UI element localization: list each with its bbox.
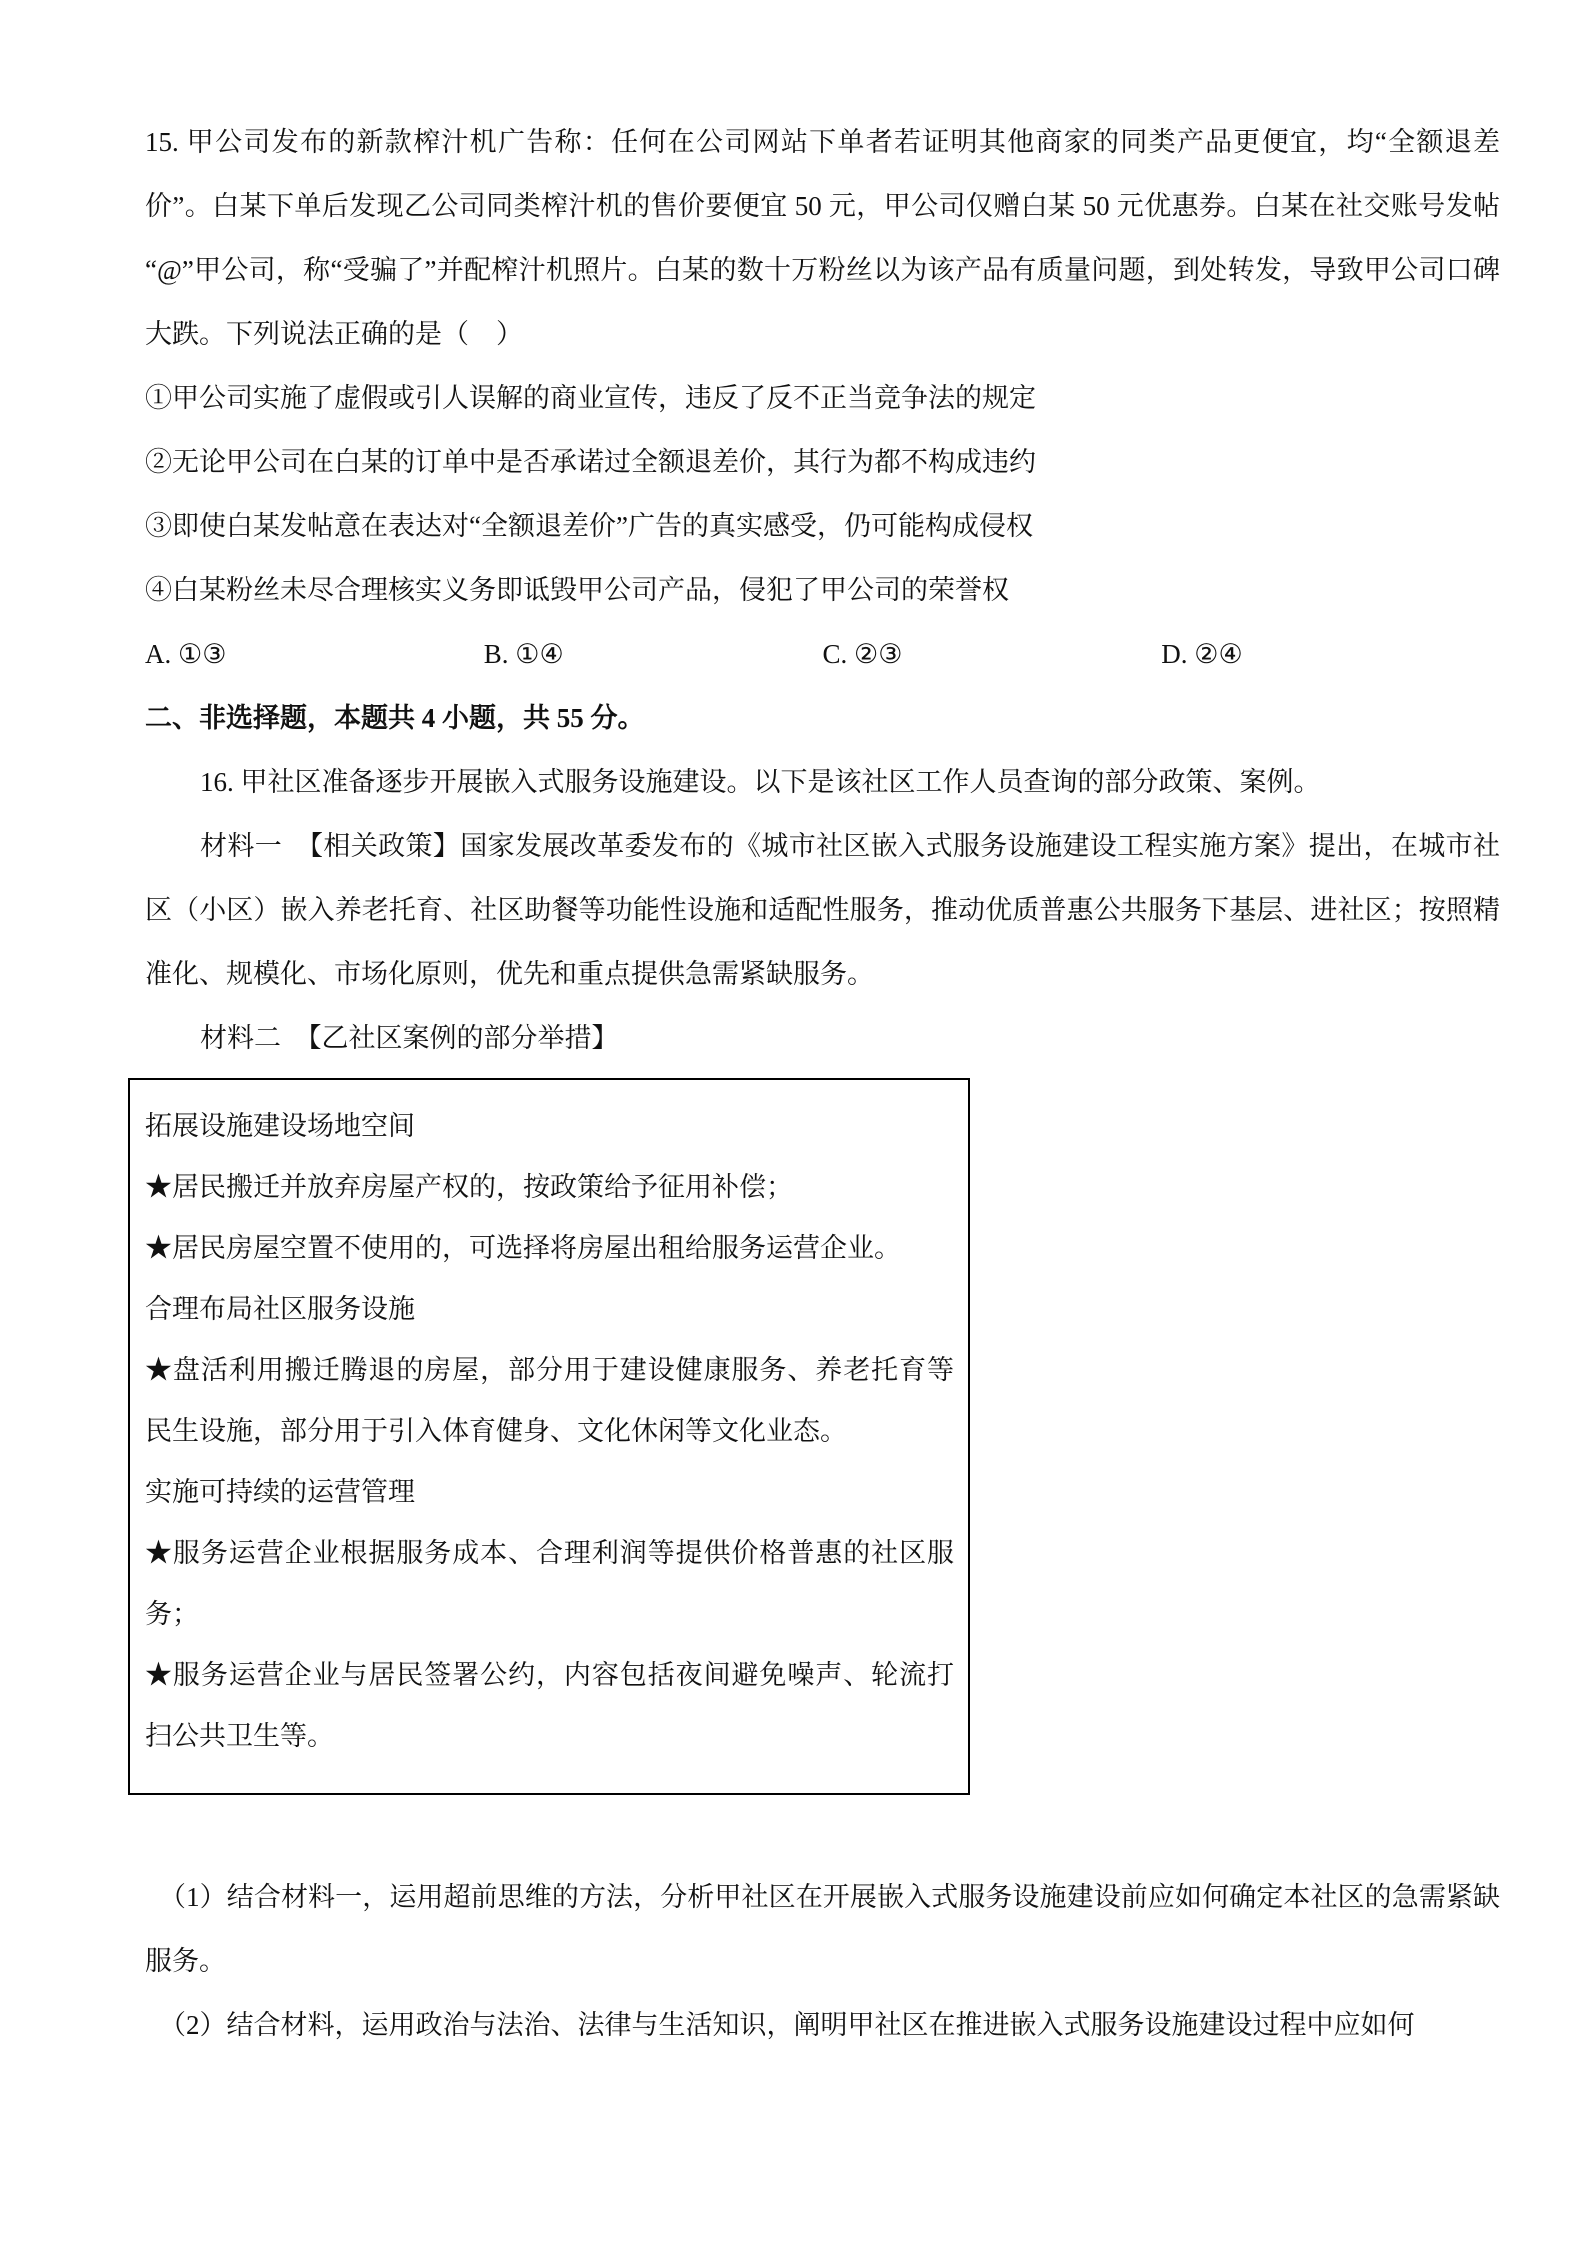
statement-item-2: ②无论甲公司在白某的订单中是否承诺过全额退差价，其行为都不构成违约 <box>145 430 1500 494</box>
section-2-heading: 二、非选择题，本题共 4 小题，共 55 分。 <box>145 686 1500 750</box>
question-16-intro: 16. 甲社区准备逐步开展嵌入式服务设施建设。以下是该社区工作人员查询的部分政策… <box>145 750 1500 814</box>
material-one-paragraph: 材料一 【相关政策】国家发展改革委发布的《城市社区嵌入式服务设施建设工程实施方案… <box>145 814 1500 1006</box>
case-box-heading-service-layout: 合理布局社区服务设施 <box>145 1279 954 1340</box>
question-16: 16. 甲社区准备逐步开展嵌入式服务设施建设。以下是该社区工作人员查询的部分政策… <box>145 750 1500 2057</box>
question-15-stem: 15. 甲公司发布的新款榨汁机广告称：任何在公司网站下单者若证明其他商家的同类产… <box>145 110 1500 366</box>
material-two-label: 材料二 【乙社区案例的部分举措】 <box>145 1006 1500 1070</box>
statement-item-4: ④白某粉丝未尽合理核实义务即诋毁甲公司产品，侵犯了甲公司的荣誉权 <box>145 558 1500 622</box>
option-b: B. ①④ <box>484 622 823 686</box>
option-d: D. ②④ <box>1161 622 1500 686</box>
option-a: A. ①③ <box>145 622 484 686</box>
case-box-bullet-reuse-houses: ★盘活利用搬迁腾退的房屋，部分用于建设健康服务、养老托育等民生设施，部分用于引入… <box>145 1340 954 1462</box>
case-box-heading-sustainable-operation: 实施可持续的运营管理 <box>145 1462 954 1523</box>
sub-question-2: （2）结合材料，运用政治与法治、法律与生活知识，阐明甲社区在推进嵌入式服务设施建… <box>145 1993 1500 2057</box>
case-box-bullet-pricing: ★服务运营企业根据服务成本、合理利润等提供价格普惠的社区服务； <box>145 1523 954 1645</box>
question-16-sub-questions: （1）结合材料一，运用超前思维的方法，分析甲社区在开展嵌入式服务设施建设前应如何… <box>145 1865 1500 2057</box>
case-box-bullet-resident-pact: ★服务运营企业与居民签署公约，内容包括夜间避免噪声、轮流打扫公共卫生等。 <box>145 1645 954 1767</box>
option-c: C. ②③ <box>823 622 1162 686</box>
statement-item-1: ①甲公司实施了虚假或引人误解的商业宣传，违反了反不正当竞争法的规定 <box>145 366 1500 430</box>
case-box-heading-site-space: 拓展设施建设场地空间 <box>145 1096 954 1157</box>
exam-page: 15. 甲公司发布的新款榨汁机广告称：任何在公司网站下单者若证明其他商家的同类产… <box>0 0 1586 2244</box>
question-15: 15. 甲公司发布的新款榨汁机广告称：任何在公司网站下单者若证明其他商家的同类产… <box>145 110 1500 686</box>
sub-question-1: （1）结合材料一，运用超前思维的方法，分析甲社区在开展嵌入式服务设施建设前应如何… <box>145 1865 1500 1993</box>
case-box-bullet-relocation-compensation: ★居民搬迁并放弃房屋产权的，按政策给予征用补偿； <box>145 1157 954 1218</box>
case-measures-box: 拓展设施建设场地空间 ★居民搬迁并放弃房屋产权的，按政策给予征用补偿； ★居民房… <box>128 1078 970 1795</box>
question-15-options: A. ①③ B. ①④ C. ②③ D. ②④ <box>145 622 1500 686</box>
question-15-statements: ①甲公司实施了虚假或引人误解的商业宣传，违反了反不正当竞争法的规定 ②无论甲公司… <box>145 366 1500 622</box>
case-box-bullet-vacant-house-lease: ★居民房屋空置不使用的，可选择将房屋出租给服务运营企业。 <box>145 1218 954 1279</box>
statement-item-3: ③即使白某发帖意在表达对“全额退差价”广告的真实感受，仍可能构成侵权 <box>145 494 1500 558</box>
